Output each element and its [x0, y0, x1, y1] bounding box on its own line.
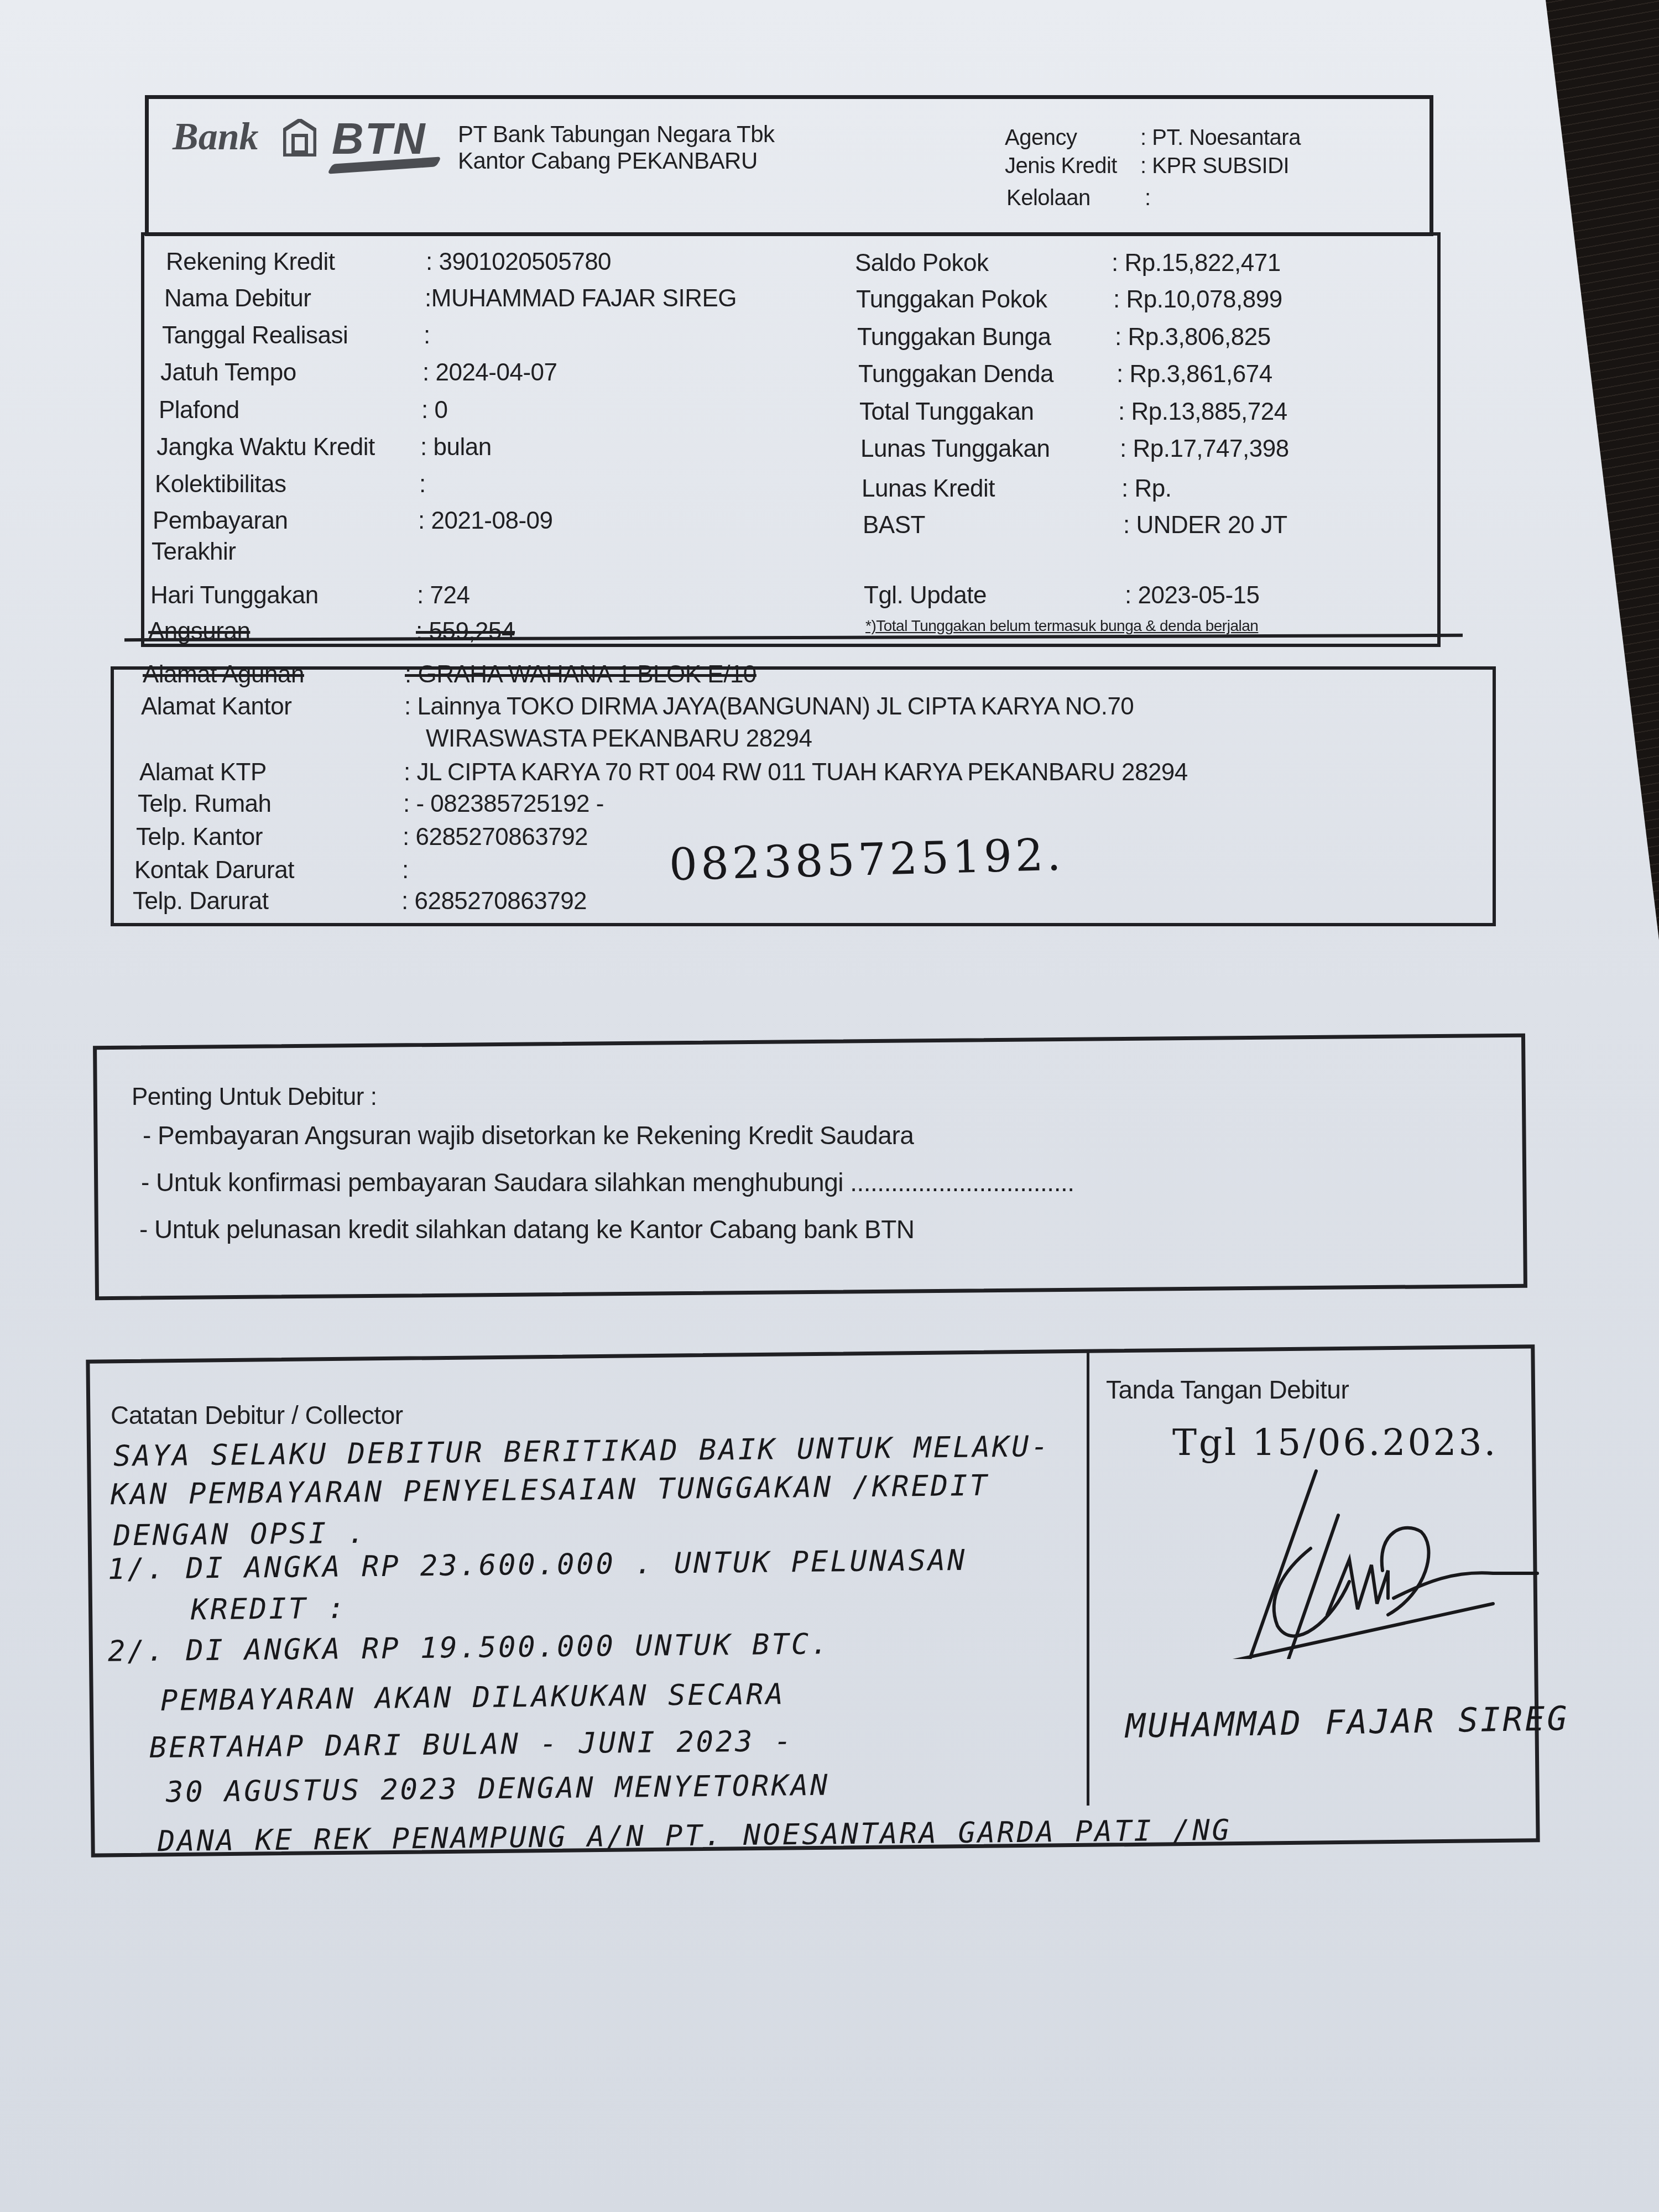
credit-field-value: : 0 — [421, 398, 447, 422]
credit-field-label: Total Tunggakan — [859, 400, 1034, 424]
credit-field-value: : Rp.15,822,471 — [1112, 251, 1281, 275]
credit-field-label: Tunggakan Pokok — [856, 288, 1047, 312]
credit-field-value: : bulan — [420, 435, 492, 460]
notes-title: Catatan Debitur / Collector — [111, 1402, 403, 1428]
credit-field-label: Jatuh Tempo — [160, 361, 296, 385]
footnote: *)Total Tunggakan belum termasuk bunga &… — [865, 618, 1258, 634]
credit-field-value: : Rp. — [1121, 477, 1171, 501]
address-field-value: : - 082385725192 - — [403, 792, 604, 816]
credit-field-label: Lunas Kredit — [862, 477, 995, 501]
credit-field-label-line2: Terakhir — [152, 540, 236, 564]
credit-field-value: : 3901020505780 — [426, 250, 611, 274]
address-field-value: : — [402, 858, 409, 883]
credit-field-value: : Rp.17,747,398 — [1120, 437, 1289, 461]
document-page: Bank BTN PT Bank Tabungan Negara Tbk Kan… — [0, 0, 1659, 2212]
credit-field-label: Kolektibilitas — [155, 472, 286, 497]
signature-title: Tanda Tangan Debitur — [1106, 1377, 1349, 1402]
credit-field-label: Nama Debitur — [164, 286, 311, 311]
agency-label: Agency — [1005, 127, 1077, 149]
notice-item: - Pembayaran Angsuran wajib disetorkan k… — [143, 1123, 914, 1148]
credit-field-label: Lunas Tunggakan — [860, 437, 1050, 461]
address-field-value: : 6285270863792 — [401, 889, 587, 914]
credit-field-value: : Rp.3,861,674 — [1117, 362, 1272, 387]
credit-field-label: Tgl. Update — [864, 583, 987, 608]
notice-box — [93, 1034, 1527, 1301]
credit-field-value: : 2023-05-15 — [1125, 583, 1260, 608]
credit-field-value: : 2021-08-09 — [418, 509, 553, 533]
handwritten-note-line: bertahap dari bulan - Juni 2023 - — [149, 1725, 794, 1765]
kelolaan-label: Kelolaan — [1006, 187, 1091, 209]
credit-field-label: Jangka Waktu Kredit — [156, 435, 375, 460]
address-field-label: Alamat Kantor — [141, 695, 291, 719]
address-field-label: Alamat KTP — [139, 760, 267, 785]
credit-field-label: Plafond — [159, 398, 239, 422]
credit-field-value: : 724 — [417, 583, 469, 608]
address-field-value: : 6285270863792 — [403, 825, 588, 849]
notes-signature-divider — [1087, 1352, 1089, 1806]
credit-field-label: Rekening Kredit — [166, 250, 335, 274]
bank-logo-word: Bank — [173, 115, 259, 159]
jenis-kredit-label: Jenis Kredit — [1005, 155, 1117, 177]
credit-field-value: : Rp.3,806,825 — [1115, 325, 1271, 349]
credit-field-label: Tunggakan Bunga — [857, 325, 1051, 349]
notice-item: - Untuk pelunasan kredit silahkan datang… — [139, 1217, 915, 1242]
bank-name: PT Bank Tabungan Negara Tbk — [458, 123, 775, 146]
address-field-label: Telp. Kantor — [136, 825, 263, 849]
credit-field-value: : 2024-04-07 — [422, 361, 557, 385]
address-field-label: Alamat Agunan — [143, 662, 304, 687]
credit-field-label: Tunggakan Denda — [858, 362, 1053, 387]
handwritten-phone: 082385725192. — [669, 829, 1065, 891]
credit-field-value: : Rp.13,885,724 — [1118, 400, 1287, 424]
credit-field-label: Tanggal Realisasi — [162, 324, 348, 348]
address-field-label: Telp. Darurat — [133, 889, 268, 914]
credit-field-label: BAST — [863, 513, 925, 538]
handwritten-note-line: dengan opsi . — [113, 1517, 368, 1553]
jenis-kredit-value: : KPR SUBSIDI — [1140, 155, 1289, 177]
agency-value: : PT. Noesantara — [1140, 127, 1301, 149]
address-field-value: : Lainnya TOKO DIRMA JAYA(BANGUNAN) JL C… — [404, 695, 1134, 719]
house-emblem-icon — [283, 119, 316, 156]
credit-field-value: : — [424, 324, 430, 348]
bank-logo-btn: BTN — [332, 113, 426, 164]
credit-field-value: : — [419, 472, 426, 497]
credit-field-label: Saldo Pokok — [855, 251, 989, 275]
address-field-value: : GRAHA WAHANA 1 BLOK E/10 — [405, 662, 757, 687]
kelolaan-value: : — [1145, 187, 1151, 209]
address-field-label: Telp. Rumah — [138, 792, 272, 816]
credit-field-value: :MUHAMMAD FAJAR SIREG — [425, 286, 737, 311]
credit-field-value: : Rp.10,078,899 — [1113, 288, 1282, 312]
notice-title: Penting Untuk Debitur : — [132, 1085, 377, 1109]
address-field-value: : JL CIPTA KARYA 70 RT 004 RW 011 TUAH K… — [404, 760, 1188, 785]
handwritten-note-line: kredit : — [191, 1592, 347, 1627]
credit-field-label: Pembayaran — [153, 509, 288, 533]
signature-scribble-icon — [1206, 1449, 1637, 1659]
address-field-value-line2: WIRASWASTA PEKANBARU 28294 — [426, 727, 812, 751]
branch-name: Kantor Cabang PEKANBARU — [458, 149, 758, 173]
notice-item: - Untuk konfirmasi pembayaran Saudara si… — [141, 1170, 1074, 1195]
credit-field-value: : UNDER 20 JT — [1123, 513, 1287, 538]
credit-field-label: Hari Tunggakan — [150, 583, 319, 608]
address-field-label: Kontak Darurat — [134, 858, 294, 883]
handwritten-note-line: 30 Agustus 2023 dengan menyetorkan — [166, 1769, 830, 1809]
signature-name: Muhammad Fajar Sireg — [1125, 1699, 1569, 1746]
handwritten-note-line: pembayaran akan dilakukan secara — [160, 1678, 785, 1718]
